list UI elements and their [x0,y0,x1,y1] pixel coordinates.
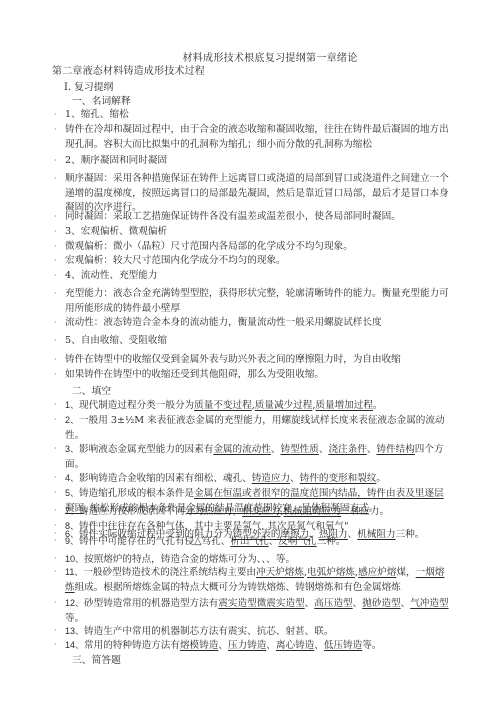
list-item: · 流动性：液态铸造合金本身的流动能力，衡量流动性一般采用螺旋试样长度 [54,316,449,331]
outline-heading: I. 复习提纲 [64,79,113,93]
definition-text: 铸件在铸型中的收缩仅受到金属外表与助兴外表之间的摩擦阻力时，为自由收缩 [65,353,449,368]
list-item: · 同时凝固：采取工艺措施保证铸件各没有温差或温差很小，使各局部同时凝固。 [54,210,449,225]
bullet-icon: · [54,353,64,368]
list-item: · 如果铸件在铸型中的收缩还受到其他阻碍，那么为受阻收缩。 [54,368,449,383]
fill-blank-text: 11、一般砂型铸造技术的浇注系统结构主要由冲天炉熔炼,电弧炉熔炼,感应炉熔煤，一… [65,565,449,595]
fill-blank-text: 8、铸件中往往存在各种气体，其中主要是氢气, 其次是氮气和氧气" [65,519,449,535]
term-heading: 2、顺序凝固和同时凝固 [65,154,449,169]
list-item: · 1、缩孔、缩松 [54,108,449,123]
section-heading-short-answer: 三、简答题 [72,652,121,666]
list-item: · 充型能力：液态合金充满铸型型腔，获得形状完整，轮廓清晰铸件的能力。衡量充型能… [54,287,449,316]
bullet-icon: · [54,334,64,349]
list-item: · 宏观偏析：较大尺寸范围内化学成分不均匀的现象。 [54,254,449,269]
definition-text: 顺序凝固：采用各种措施保证在铸件上远离冒口或浇道的局部到冒口或浇道件之间建立一个… [65,172,449,216]
definition-text: 微观偏析：微小（晶粒）尺寸范围内各局部的化学成分不均匀现象。 [65,240,449,255]
bullet-icon: · [54,269,64,284]
definition-text: 充型能力：液态合金充满铸型型腔，获得形状完整，轮廓清晰铸件的能力。衡量充型能力可… [65,287,449,316]
term-heading: 3、宏观偏析、微观偏析 [65,225,449,240]
definition-text: 流动性：液态铸造合金本身的流动能力，衡量流动性一般采用螺旋试样长度 [65,316,449,331]
fill-blank-text: 4、影响铸造合金收缩的因素有细松、魂孔、铸造应力、铸件的变形和裂纹。 [65,471,449,487]
fill-blank-text: 9、铸件中可能存在的气孔有侵△笃孔、析出气孔、反响气孔三种。 [65,534,449,550]
bullet-icon: · [54,287,64,302]
definition-text: 同时凝固：采取工艺措施保证铸件各没有温差或温差很小，使各局部同时凝固。 [65,210,449,225]
bullet-icon: · [54,254,64,269]
list-item: · 2、顺序凝固和同时凝固 [54,154,449,169]
bullet-icon: · [54,565,64,580]
bullet-icon: · [54,413,64,428]
fill-blank-text: 2、一般用 3±½M 来表征液态金属的充型能力，用螺旋线试样长度来表征液态金属的… [65,413,449,443]
bullet-icon: · [54,368,64,383]
term-heading: 1、缩孔、缩松 [65,108,449,123]
definition-text: 如果铸件在铸型中的收缩还受到其他阻碍，那么为受阻收缩。 [65,368,449,383]
list-item: · 2、一般用 3±½M 来表征液态金属的充型能力，用螺旋线试样长度来表征液态金… [54,413,449,443]
list-item: · 顺序凝固：采用各种措施保证在铸件上远离冒口或浇道的局部到冒口或浇道件之间建立… [54,172,449,216]
list-item: · 1、现代制造过程分类一般分为质量不变过程,质量减少过程,质量增加过程。 [54,398,449,414]
bullet-icon: · [54,108,64,123]
bullet-icon: · [54,504,64,519]
definition-text: 宏观偏析：较大尺寸范围内化学成分不均匀的现象。 [65,254,449,269]
fill-blank-text: 14、常用的特种铸造方法有熔模铸造、压力铸造、离心铸造、低压铸造等。 [65,638,449,654]
fill-blank-text: 1、现代制造过程分类一般分为质量不变过程,质量减少过程,质量增加过程。 [65,398,449,414]
bullet-icon: · [54,225,64,240]
section-heading-fill-blanks: 二、填空 [72,383,111,397]
bullet-icon: · [54,398,64,413]
definition-text: 铸件在冷却和凝固过程中，由于合金的液态收缩和凝固收缩，往往在铸件最后凝固的地方出… [65,123,449,152]
bullet-icon: · [54,519,64,534]
bullet-icon: · [54,534,64,549]
list-item: · 3、宏观偏析、微观偏析 [54,225,449,240]
bullet-icon: · [54,442,64,457]
list-item: · 8、铸件中往往存在各种气体，其中主要是氢气, 其次是氮气和氧气" [54,519,449,535]
fill-blank-text: 3、影响液态金属充型能力的因素有金属的流动性、铸型性质、浇注条件、铸件结构四个方… [65,442,449,472]
document-page: 材料成形技术根底复习提纲第一章绪论 第二章液态材料铸造成形技术过程 I. 复习提… [0,0,500,707]
bullet-icon: · [54,486,64,501]
list-item: · 12、砂型铸造常用的机器造型方法有震实造型微震实造型、高压造型、抛砂造型、气… [54,596,449,626]
chapter-heading: 第二章液态材料铸造成形技术过程 [52,62,205,77]
bullet-icon: · [54,471,64,486]
bullet-icon: · [54,624,64,639]
list-item: · 5、自由收缩、受阻收缩 [54,334,449,349]
list-item: · 铸件在铸型中的收缩仅受到金属外表与助兴外表之间的摩擦阻力时，为自由收缩 [54,353,449,368]
bullet-icon: · [54,316,64,331]
section-heading-definitions: 一、名词解释 [72,93,131,107]
list-item: · 11、一般砂型铸造技术的浇注系统结构主要由冲天炉熔炼,电弧炉熔炼,感应炉熔煤… [54,565,449,595]
bullet-icon: · [54,154,64,169]
fill-blank-text: 7、铸造应力按形成原因不同分为热应力，相变应力,机械阻碍应力三种应力。 [65,504,449,520]
list-item: · 3、影响液态金属充型能力的因素有金属的流动性、铸型性质、浇注条件、铸件结构四… [54,442,449,472]
list-item: · 铸件在冷却和凝固过程中，由于合金的液态收缩和凝固收缩，往往在铸件最后凝固的地… [54,123,449,152]
term-heading: 4、流动性、充型能力 [65,269,449,284]
term-heading: 5、自由收缩、受阻收缩 [65,334,449,349]
fill-blank-text: 12、砂型铸造常用的机器造型方法有震实造型微震实造型、高压造型、抛砂造型、气冲造… [65,596,449,626]
list-item: · 微观偏析：微小（晶粒）尺寸范围内各局部的化学成分不均匀现象。 [54,240,449,255]
bullet-icon: · [54,123,64,138]
list-item: · 7、铸造应力按形成原因不同分为热应力，相变应力,机械阻碍应力三种应力。 [54,504,449,520]
list-item: · 4、影响铸造合金收缩的因素有细松、魂孔、铸造应力、铸件的变形和裂纹。 [54,471,449,487]
list-item: · 9、铸件中可能存在的气孔有侵△笃孔、析出气孔、反响气孔三种。 [54,534,449,550]
bullet-icon: · [54,240,64,255]
bullet-icon: · [54,210,64,225]
bullet-icon: · [54,172,64,187]
list-item: · 4、流动性、充型能力 [54,269,449,284]
bullet-icon: · [54,638,64,653]
bullet-icon: · [54,596,64,611]
